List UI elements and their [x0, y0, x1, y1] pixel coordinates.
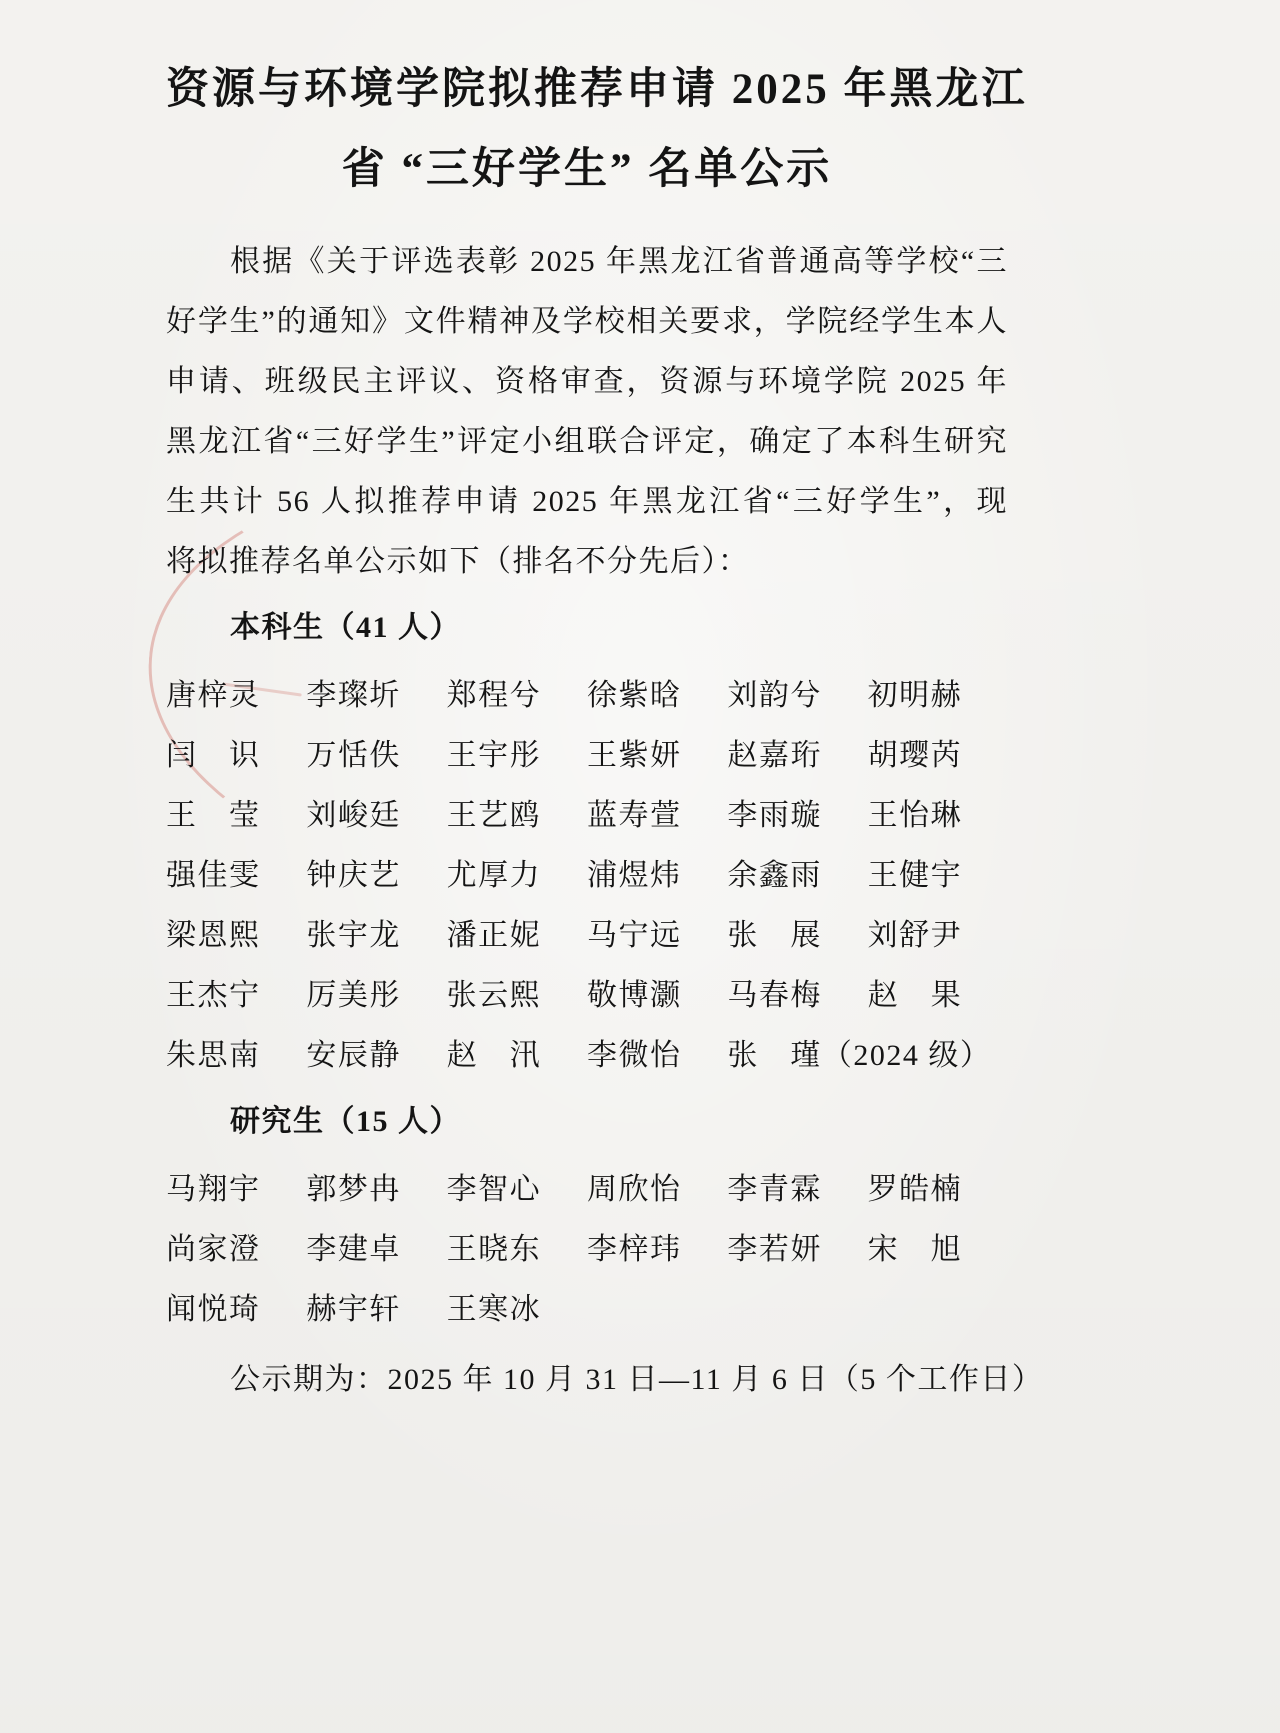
student-name: 徐紫晗 — [587, 666, 727, 726]
student-name: 赵 果 — [868, 966, 1008, 1026]
document-title-line-2: 省 “三好学生” 名单公示 — [166, 130, 1008, 210]
undergrad-row: 唐梓灵 李璨圻 郑程兮 徐紫晗 刘韵兮 初明赫 — [166, 666, 1008, 726]
grad-name-list: 马翔宇 郭梦冉 李智心 周欣怡 李青霖 罗皓楠 尚家澄 李建卓 王晓东 李梓玮 … — [166, 1160, 1008, 1340]
intro-paragraph: 根据《关于评选表彰 2025 年黑龙江省普通高等学校“三 好学生”的通知》文件精… — [166, 232, 1008, 592]
document-content: 资源与环境学院拟推荐申请 2025 年黑龙江 省 “三好学生” 名单公示 根据《… — [166, 50, 1008, 1410]
undergrad-row: 梁恩熙 张宇龙 潘正妮 马宁远 张 展 刘舒尹 — [166, 906, 1008, 966]
student-name: 胡璎芮 — [868, 726, 1008, 786]
student-name: 唐梓灵 — [166, 666, 306, 726]
student-name: 马翔宇 — [166, 1160, 306, 1220]
student-name: 李微怡 — [587, 1026, 727, 1086]
student-name: 罗皓楠 — [868, 1160, 1008, 1220]
student-name: 王晓东 — [447, 1220, 587, 1280]
student-name: 朱思南 — [166, 1026, 306, 1086]
student-name: 闻悦琦 — [166, 1280, 306, 1340]
student-name: 李梓玮 — [587, 1220, 727, 1280]
grad-row: 尚家澄 李建卓 王晓东 李梓玮 李若妍 宋 旭 — [166, 1220, 1008, 1280]
document-page: 资源与环境学院拟推荐申请 2025 年黑龙江 省 “三好学生” 名单公示 根据《… — [0, 0, 1280, 1410]
student-name: 张宇龙 — [306, 906, 446, 966]
student-name: 强佳雯 — [166, 846, 306, 906]
student-name: 梁恩熙 — [166, 906, 306, 966]
undergrad-row: 强佳雯 钟庆艺 尤厚力 浦煜炜 余鑫雨 王健宇 — [166, 846, 1008, 906]
paragraph-line: 将拟推荐名单公示如下（排名不分先后）： — [166, 532, 1008, 592]
student-name: 李智心 — [447, 1160, 587, 1220]
student-name: 赫宇轩 — [306, 1280, 446, 1340]
student-name: 宋 旭 — [868, 1220, 1008, 1280]
student-name: 万恬佚 — [306, 726, 446, 786]
student-name: 刘峻廷 — [306, 786, 446, 846]
document-title-line-1: 资源与环境学院拟推荐申请 2025 年黑龙江 — [166, 50, 1008, 130]
paragraph-line: 申请、班级民主评议、资格审查，资源与环境学院 2025 年 — [166, 352, 1008, 412]
grad-row: 马翔宇 郭梦冉 李智心 周欣怡 李青霖 罗皓楠 — [166, 1160, 1008, 1220]
undergrad-row: 朱思南 安辰静 赵 汛 李微怡 张 瑾（2024 级） — [166, 1026, 1008, 1086]
paragraph-line: 生共计 56 人拟推荐申请 2025 年黑龙江省“三好学生”，现 — [166, 472, 1008, 532]
undergrad-row: 王 莹 刘峻廷 王艺鸥 蓝寿萱 李雨璇 王怡琳 — [166, 786, 1008, 846]
student-name: 李雨璇 — [727, 786, 867, 846]
student-name: 赵嘉珩 — [727, 726, 867, 786]
student-name: 王怡琳 — [868, 786, 1008, 846]
student-name: 厉美彤 — [306, 966, 446, 1026]
student-name: 李若妍 — [727, 1220, 867, 1280]
student-name: 尤厚力 — [447, 846, 587, 906]
student-name: 王宇彤 — [447, 726, 587, 786]
publicity-period-line: 公示期为：2025 年 10 月 31 日—11 月 6 日（5 个工作日） — [166, 1350, 1008, 1410]
paragraph-line: 根据《关于评选表彰 2025 年黑龙江省普通高等学校“三 — [166, 232, 1008, 292]
paragraph-line: 黑龙江省“三好学生”评定小组联合评定，确定了本科生研究 — [166, 412, 1008, 472]
student-name: 王杰宁 — [166, 966, 306, 1026]
student-name: 刘韵兮 — [727, 666, 867, 726]
undergrad-section-heading: 本科生（41 人） — [166, 598, 1008, 658]
student-name: 王寒冰 — [447, 1280, 587, 1340]
grad-row: 闻悦琦 赫宇轩 王寒冰 — [166, 1280, 1008, 1340]
student-name: 钟庆艺 — [306, 846, 446, 906]
student-name: 尚家澄 — [166, 1220, 306, 1280]
student-name: 初明赫 — [868, 666, 1008, 726]
student-name: 王 莹 — [166, 786, 306, 846]
student-name: 敬博灏 — [587, 966, 727, 1026]
student-name: 刘舒尹 — [868, 906, 1008, 966]
undergrad-name-list: 唐梓灵 李璨圻 郑程兮 徐紫晗 刘韵兮 初明赫 闫 识 万恬佚 王宇彤 王紫妍 … — [166, 666, 1008, 1086]
student-name: 李青霖 — [727, 1160, 867, 1220]
student-name: 蓝寿萱 — [587, 786, 727, 846]
undergrad-row: 闫 识 万恬佚 王宇彤 王紫妍 赵嘉珩 胡璎芮 — [166, 726, 1008, 786]
student-name: 安辰静 — [306, 1026, 446, 1086]
student-name-with-note: 张 瑾（2024 级） — [727, 1026, 1008, 1086]
student-name: 周欣怡 — [587, 1160, 727, 1220]
student-name: 郑程兮 — [447, 666, 587, 726]
student-name: 张云熙 — [447, 966, 587, 1026]
student-name: 浦煜炜 — [587, 846, 727, 906]
grad-section-heading: 研究生（15 人） — [166, 1092, 1008, 1152]
student-name: 李建卓 — [306, 1220, 446, 1280]
student-name: 郭梦冉 — [306, 1160, 446, 1220]
student-name: 张 展 — [727, 906, 867, 966]
student-name: 王艺鸥 — [447, 786, 587, 846]
paragraph-line: 好学生”的通知》文件精神及学校相关要求，学院经学生本人 — [166, 292, 1008, 352]
student-name: 余鑫雨 — [727, 846, 867, 906]
student-name: 马宁远 — [587, 906, 727, 966]
student-name: 赵 汛 — [447, 1026, 587, 1086]
student-name: 王健宇 — [868, 846, 1008, 906]
student-name: 马春梅 — [727, 966, 867, 1026]
student-name: 潘正妮 — [447, 906, 587, 966]
student-name: 王紫妍 — [587, 726, 727, 786]
student-name: 李璨圻 — [306, 666, 446, 726]
student-name: 闫 识 — [166, 726, 306, 786]
undergrad-row: 王杰宁 厉美彤 张云熙 敬博灏 马春梅 赵 果 — [166, 966, 1008, 1026]
